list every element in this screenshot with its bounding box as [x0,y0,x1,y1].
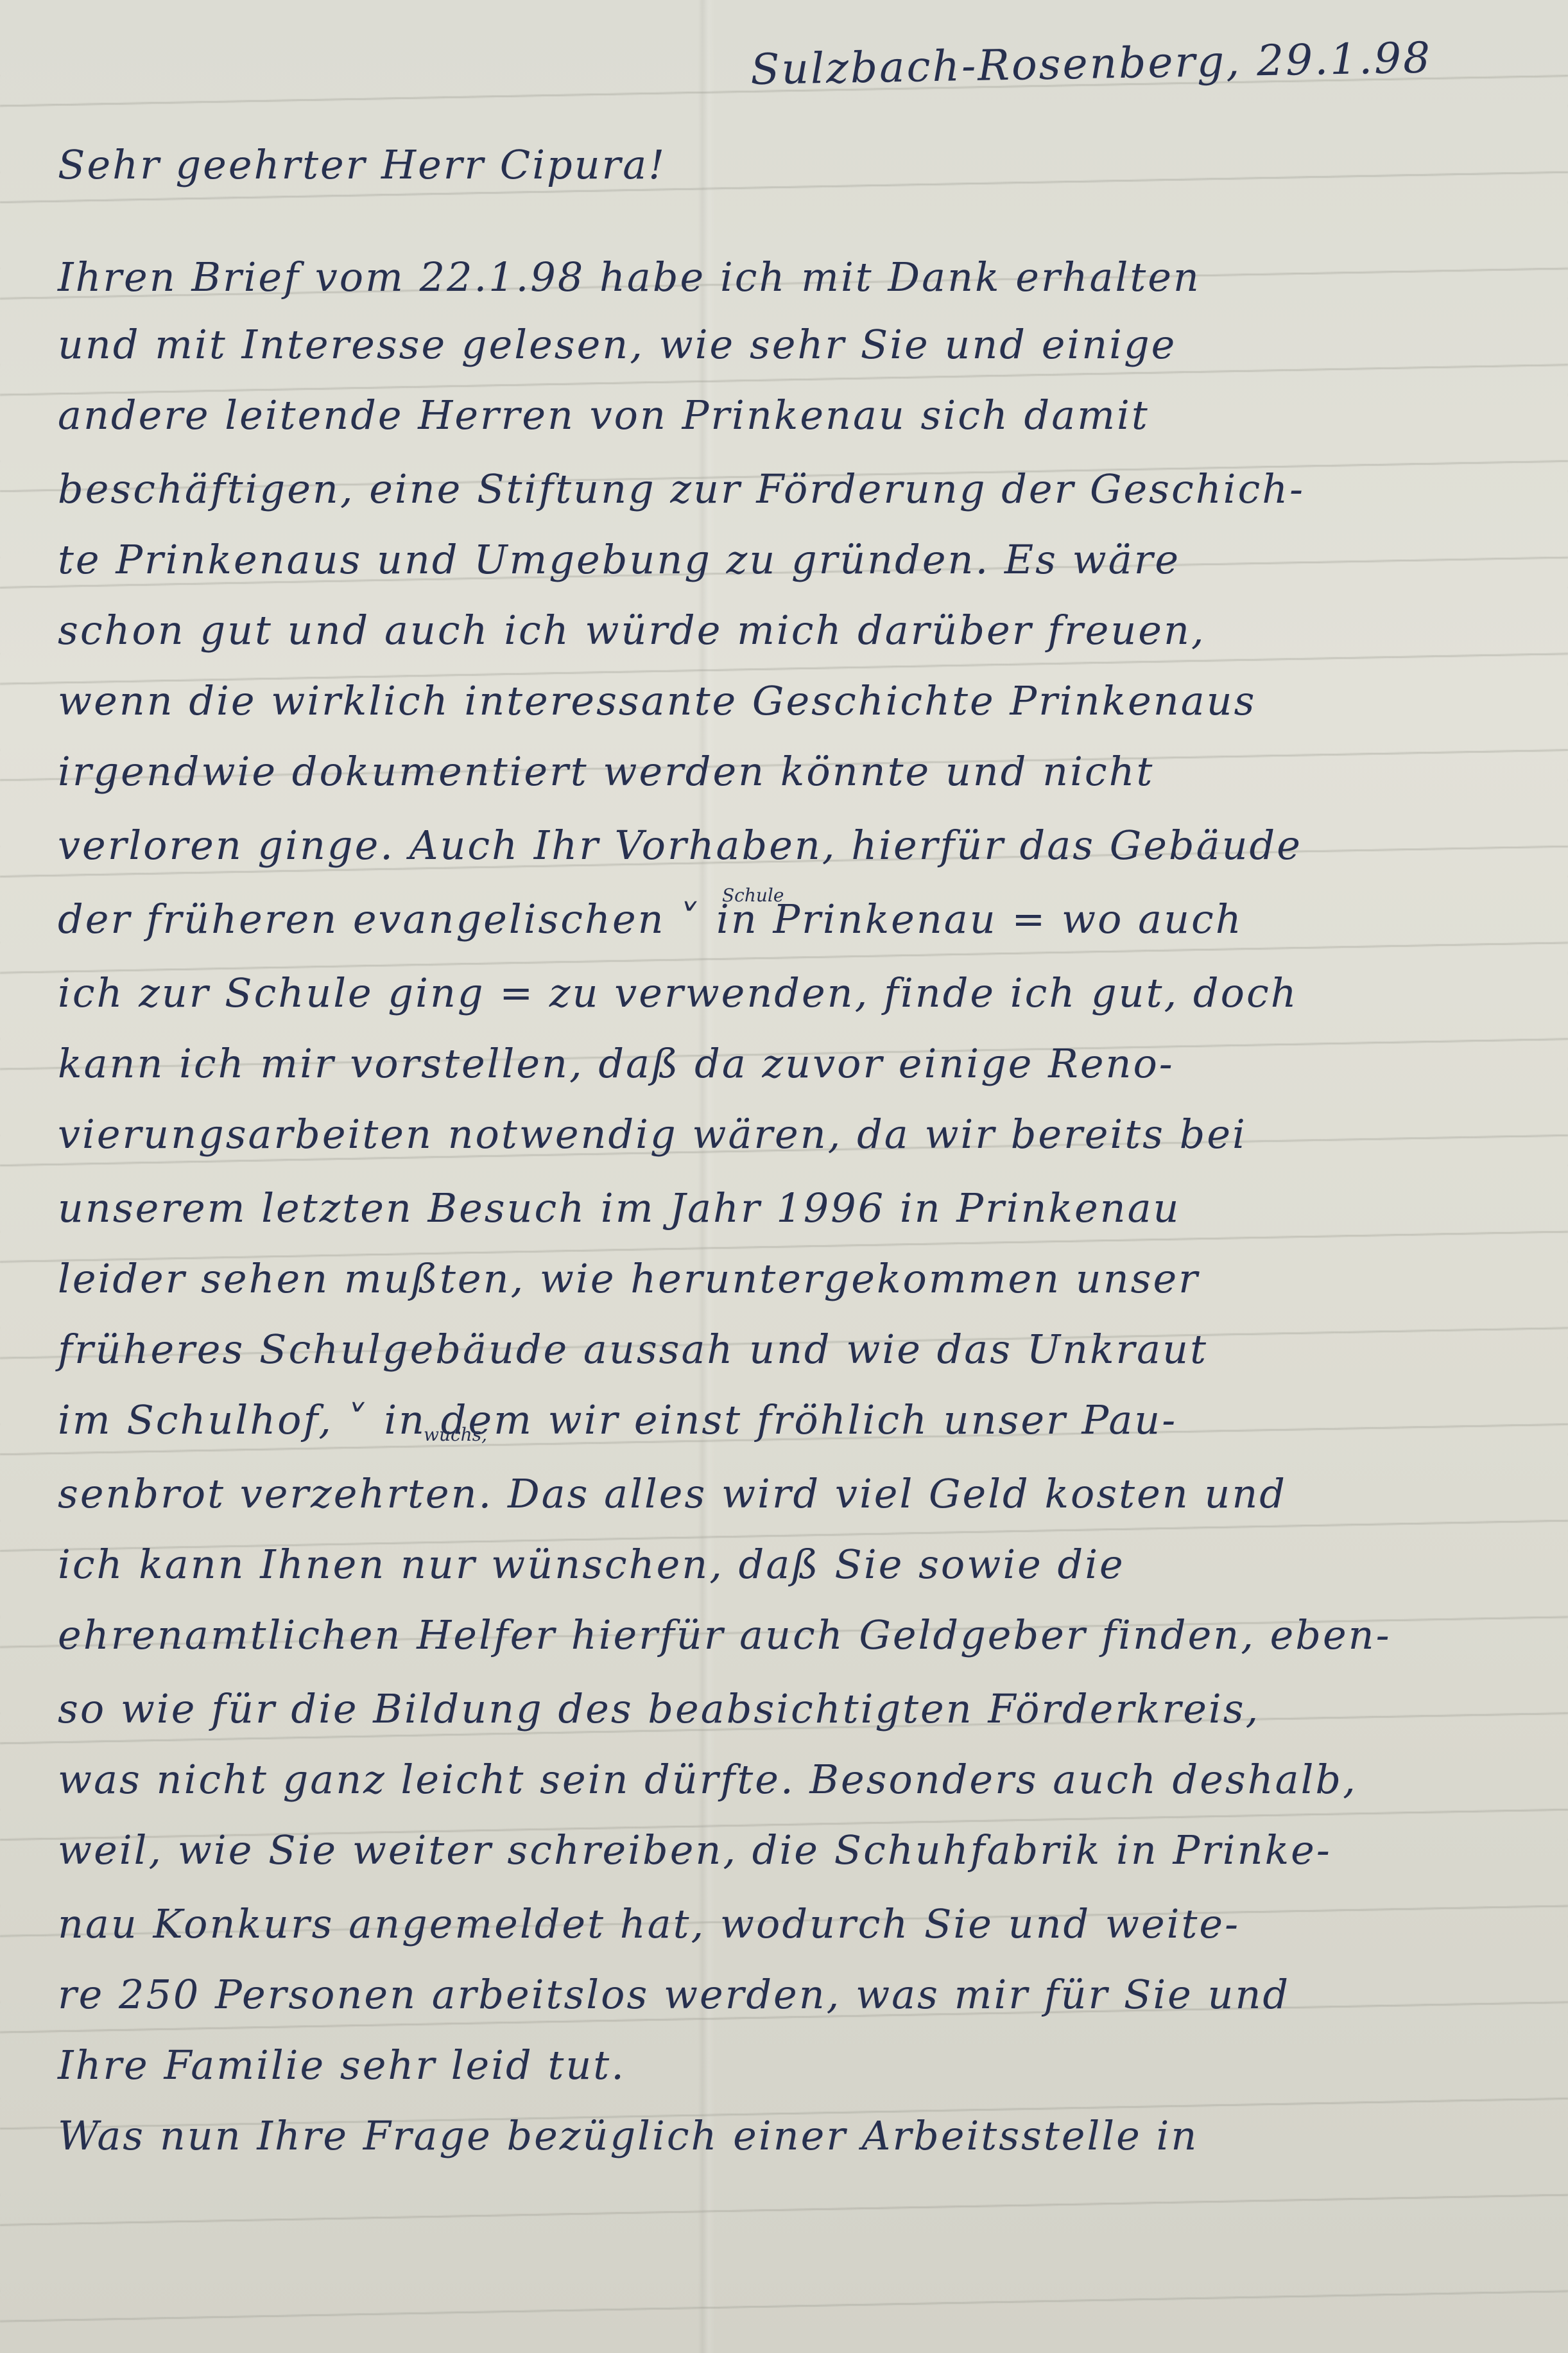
letter-line: was nicht ganz leicht sein dürfte. Beson… [58,1756,1357,1803]
letter-line: Was nun Ihre Frage bezüglich einer Arbei… [58,2112,1198,2159]
letter-line: te Prinkenaus und Umgebung zu gründen. E… [58,536,1180,583]
letter-line: ich zur Schule ging = zu verwenden, find… [58,969,1298,1016]
letter-page: Sulzbach-Rosenberg, 29.1.98 Sehr geehrte… [0,0,1568,2353]
letter-line: Ihre Familie sehr leid tut. [58,2042,626,2088]
letter-line: ich kann Ihnen nur wünschen, daß Sie sow… [58,1541,1125,1588]
letter-line: andere leitende Herren von Prinkenau sic… [58,392,1150,438]
letter-line: verloren ginge. Auch Ihr Vorhaben, hierf… [58,822,1302,869]
letter-line: wenn die wirklich interessante Geschicht… [58,677,1256,724]
letter-line: Ihren Brief vom 22.1.98 habe ich mit Dan… [58,254,1201,300]
letter-line: senbrot verzehrten. Das alles wird viel … [58,1470,1287,1517]
letter-line: vierungsarbeiten notwendig wären, da wir… [58,1111,1247,1158]
letter-line: re 250 Personen arbeitslos werden, was m… [58,1971,1290,2018]
letter-line: schon gut und auch ich würde mich darübe… [58,607,1206,654]
letter-line: und mit Interesse gelesen, wie sehr Sie … [58,321,1176,368]
letter-line: irgendwie dokumentiert werden könnte und… [58,748,1154,795]
letter-line: kann ich mir vorstellen, daß da zuvor ei… [58,1040,1175,1087]
letter-line: früheres Schulgebäude aussah und wie das… [58,1326,1208,1373]
letter-line: so wie für die Bildung des beabsichtigte… [58,1685,1260,1732]
letter-line: der früheren evangelischen ˅ in Prinkena… [58,896,1243,942]
letter-line: unserem letzten Besuch im Jahr 1996 in P… [58,1185,1181,1231]
salutation: Sehr geehrter Herr Cipura! [58,141,666,188]
letter-line: im Schulhof, ˅ in dem wir einst fröhlich… [58,1396,1177,1443]
letter-line: beschäftigen, eine Stiftung zur Förderun… [58,465,1305,512]
letter-line: nau Konkurs angemeldet hat, wodurch Sie … [58,1900,1240,1947]
place-date: Sulzbach-Rosenberg, 29.1.98 [750,33,1433,94]
letter-line: ehrenamtlichen Helfer hierfür auch Geldg… [58,1611,1391,1658]
letter-line: leider sehen mußten, wie heruntergekomme… [58,1255,1200,1302]
letter-line: weil, wie Sie weiter schreiben, die Schu… [58,1827,1332,1873]
